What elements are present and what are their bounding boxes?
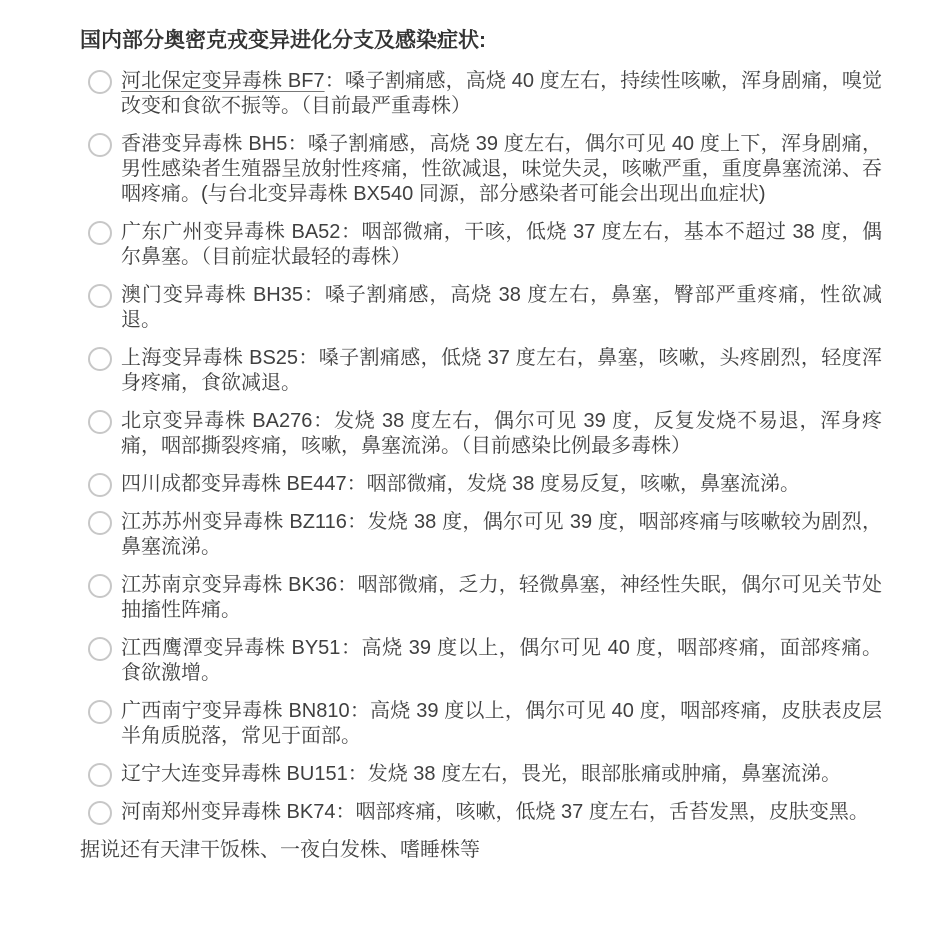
variant-name: 江西鹰潭变异毒株 BY51 <box>121 637 340 659</box>
variant-name: 广西南宁变异毒株 BN810 <box>121 700 350 722</box>
variant-name: 江苏南京变异毒株 BK36 <box>121 574 337 596</box>
variant-list-item: 广西南宁变异毒株 BN810：高烧 39 度以上，偶尔可见 40 度，咽部疼痛，… <box>80 699 882 749</box>
circle-bullet-icon <box>88 473 112 497</box>
variant-text: 广西南宁变异毒株 BN810：高烧 39 度以上，偶尔可见 40 度，咽部疼痛，… <box>121 699 882 749</box>
variant-text: 澳门变异毒株 BH35：嗓子割痛感，高烧 38 度左右，鼻塞，臀部严重疼痛，性欲… <box>121 283 882 333</box>
variant-list-item: 河北保定变异毒株 BF7：嗓子割痛感，高烧 40 度左右，持续性咳嗽，浑身剧痛，… <box>80 69 882 119</box>
circle-bullet-icon <box>88 511 112 535</box>
variant-colon: ： <box>340 637 361 659</box>
variant-name: 辽宁大连变异毒株 BU151 <box>121 763 348 785</box>
variant-colon: ： <box>335 801 355 823</box>
variant-text: 河北保定变异毒株 BF7：嗓子割痛感，高烧 40 度左右，持续性咳嗽，浑身剧痛，… <box>121 69 882 119</box>
variant-name: 河南郑州变异毒株 BK74 <box>121 801 335 823</box>
variant-list-item: 江西鹰潭变异毒株 BY51：高烧 39 度以上，偶尔可见 40 度，咽部疼痛，面… <box>80 636 882 686</box>
article: 国内部分奥密克戎变异进化分支及感染症状: 河北保定变异毒株 BF7：嗓子割痛感，… <box>0 0 945 942</box>
variant-colon: ： <box>303 284 325 306</box>
variant-text: 广东广州变异毒株 BA52：咽部微痛，干咳，低烧 37 度左右，基本不超过 38… <box>121 220 882 270</box>
page-title: 国内部分奥密克戎变异进化分支及感染症状: <box>80 27 882 54</box>
variant-colon: ： <box>312 410 334 432</box>
variant-list-item: 澳门变异毒株 BH35：嗓子割痛感，高烧 38 度左右，鼻塞，臀部严重疼痛，性欲… <box>80 283 882 333</box>
variant-list-item: 广东广州变异毒株 BA52：咽部微痛，干咳，低烧 37 度左右，基本不超过 38… <box>80 220 882 270</box>
variant-text: 香港变异毒株 BH5：嗓子割痛感，高烧 39 度左右，偶尔可见 40 度上下，浑… <box>121 132 882 207</box>
variant-name: 北京变异毒株 BA276 <box>121 410 312 432</box>
variant-colon: ： <box>340 221 361 243</box>
variant-name: 河北保定变异毒株 BF7 <box>121 70 325 92</box>
variant-list-item: 江苏南京变异毒株 BK36：咽部微痛，乏力，轻微鼻塞，神经性失眠，偶尔可见关节处… <box>80 573 882 623</box>
variant-text: 河南郑州变异毒株 BK74：咽部疼痛，咳嗽，低烧 37 度左右，舌苔发黑，皮肤变… <box>121 800 869 825</box>
variant-name: 广东广州变异毒株 BA52 <box>121 221 340 243</box>
circle-bullet-icon <box>88 70 112 94</box>
circle-bullet-icon <box>88 347 112 371</box>
variant-text: 江苏苏州变异毒株 BZ116：发烧 38 度，偶尔可见 39 度，咽部疼痛与咳嗽… <box>121 510 882 560</box>
variant-list-item: 江苏苏州变异毒株 BZ116：发烧 38 度，偶尔可见 39 度，咽部疼痛与咳嗽… <box>80 510 882 560</box>
variant-list-item: 河南郑州变异毒株 BK74：咽部疼痛，咳嗽，低烧 37 度左右，舌苔发黑，皮肤变… <box>80 800 882 825</box>
variant-colon: ： <box>348 763 368 785</box>
variant-text: 江西鹰潭变异毒株 BY51：高烧 39 度以上，偶尔可见 40 度，咽部疼痛，面… <box>121 636 882 686</box>
circle-bullet-icon <box>88 700 112 724</box>
circle-bullet-icon <box>88 284 112 308</box>
circle-bullet-icon <box>88 574 112 598</box>
variant-colon: ： <box>298 347 319 369</box>
variant-name: 上海变异毒株 BS25 <box>121 347 298 369</box>
variant-colon: ： <box>325 70 345 92</box>
variant-list-item: 辽宁大连变异毒株 BU151：发烧 38 度左右，畏光，眼部胀痛或肿痛，鼻塞流涕… <box>80 762 882 787</box>
variant-list-item: 上海变异毒株 BS25：嗓子割痛感，低烧 37 度左右，鼻塞，咳嗽，头疼剧烈，轻… <box>80 346 882 396</box>
variant-colon: ： <box>350 700 370 722</box>
variant-name: 四川成都变异毒株 BE447 <box>121 473 347 495</box>
circle-bullet-icon <box>88 410 112 434</box>
circle-bullet-icon <box>88 801 112 825</box>
variant-description: 咽部微痛，发烧 38 度易反复，咳嗽，鼻塞流涕。 <box>367 473 800 495</box>
variant-text: 辽宁大连变异毒株 BU151：发烧 38 度左右，畏光，眼部胀痛或肿痛，鼻塞流涕… <box>121 762 841 787</box>
variant-colon: ： <box>347 511 368 533</box>
variant-description: 发烧 38 度左右，畏光，眼部胀痛或肿痛，鼻塞流涕。 <box>368 763 841 785</box>
variant-list-item: 四川成都变异毒株 BE447：咽部微痛，发烧 38 度易反复，咳嗽，鼻塞流涕。 <box>80 472 882 497</box>
variant-text: 四川成都变异毒株 BE447：咽部微痛，发烧 38 度易反复，咳嗽，鼻塞流涕。 <box>121 472 800 497</box>
variant-list-item: 香港变异毒株 BH5：嗓子割痛感，高烧 39 度左右，偶尔可见 40 度上下，浑… <box>80 132 882 207</box>
circle-bullet-icon <box>88 763 112 787</box>
circle-bullet-icon <box>88 637 112 661</box>
variant-text: 北京变异毒株 BA276：发烧 38 度左右，偶尔可见 39 度，反复发烧不易退… <box>121 409 882 459</box>
circle-bullet-icon <box>88 133 112 157</box>
variant-description: 咽部疼痛，咳嗽，低烧 37 度左右，舌苔发黑，皮肤变黑。 <box>355 801 868 823</box>
variant-name: 江苏苏州变异毒株 BZ116 <box>121 511 347 533</box>
variant-text: 上海变异毒株 BS25：嗓子割痛感，低烧 37 度左右，鼻塞，咳嗽，头疼剧烈，轻… <box>121 346 882 396</box>
variant-name: 香港变异毒株 BH5 <box>121 133 287 155</box>
variant-list-item: 北京变异毒株 BA276：发烧 38 度左右，偶尔可见 39 度，反复发烧不易退… <box>80 409 882 459</box>
variant-colon: ： <box>337 574 357 596</box>
variant-list: 河北保定变异毒株 BF7：嗓子割痛感，高烧 40 度左右，持续性咳嗽，浑身剧痛，… <box>80 69 882 825</box>
variant-name: 澳门变异毒株 BH35 <box>121 284 303 306</box>
footer-note: 据说还有天津干饭株、一夜白发株、嗜睡株等 <box>80 838 882 863</box>
variant-colon: ： <box>347 473 367 495</box>
variant-text: 江苏南京变异毒株 BK36：咽部微痛，乏力，轻微鼻塞，神经性失眠，偶尔可见关节处… <box>121 573 882 623</box>
circle-bullet-icon <box>88 221 112 245</box>
variant-colon: ： <box>287 133 308 155</box>
